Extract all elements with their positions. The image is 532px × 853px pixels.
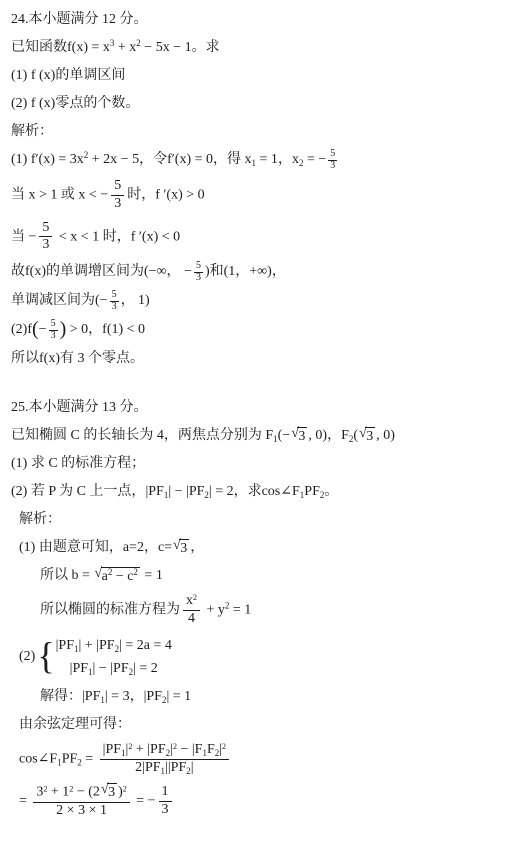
q25-step2: 所以 b = √a2 − c2 = 1 [11, 565, 528, 586]
math-run: , 0) [376, 428, 395, 443]
text-run: 和 [210, 264, 224, 279]
math-run: f(x) [25, 264, 46, 279]
radical-sign-icon: √ [101, 782, 109, 798]
q24-step4: 故f(x)的单调增区间为(−∞， −53)和(1，+∞)， [11, 261, 528, 283]
math-run: x [245, 152, 252, 167]
text-run: 当 [11, 229, 29, 244]
math-run: (−∞， − [144, 264, 192, 279]
system-rows: |PF1| + |PF2| = 2a = 4|PF1| − |PF2| = 2 [56, 635, 172, 679]
math-run: 3 [330, 160, 335, 171]
math-run: f(x) = x [67, 40, 110, 55]
sqrt-radical: √3 [291, 427, 307, 446]
text-run: 的单调增区间为 [46, 264, 144, 279]
math-run: PF [304, 484, 320, 499]
fraction: 53 [328, 149, 337, 171]
text-run: 已知函数 [11, 40, 67, 55]
math-run: f (x) [31, 96, 56, 111]
math-run: 5 [112, 289, 117, 300]
text-run: (1) 求 C 的标准方程； [11, 456, 145, 471]
math-run: 5 [196, 260, 201, 271]
math-run: cos∠F [262, 484, 300, 499]
math-run: 2|PF [135, 760, 160, 775]
fraction: 53 [111, 178, 124, 213]
math-run: x [292, 152, 299, 167]
text-run: (2) 若 P 为 C 上一点， [11, 484, 145, 499]
math-run: |PF [70, 661, 88, 676]
text-run: 24.本小题满分 12 分。 [11, 12, 148, 27]
sup-script: 2 [222, 742, 226, 751]
math-run: | = 2 [133, 661, 158, 676]
text-run: ， [130, 689, 144, 704]
math-run: |PF [144, 689, 162, 704]
math-run: | = 1 [166, 689, 191, 704]
math-run: 3 [298, 429, 305, 444]
math-run: = [19, 794, 30, 809]
math-run: − [29, 229, 37, 244]
math-run: 3 [42, 237, 49, 252]
fraction: |PF1|2 + |PF2|2 − |F1F2|22|PF1||PF2| [100, 742, 229, 777]
text-run: 故 [11, 264, 25, 279]
q25-step5: 解得：|PF1| = 3，|PF2| = 1 [11, 686, 528, 707]
system-row: |PF1| − |PF2| = 2 [70, 658, 158, 679]
math-run: |PF [82, 689, 100, 704]
denominator: 3 [39, 237, 52, 254]
math-run: | = 2a = 4 [119, 638, 172, 653]
text-run: 或 [57, 188, 78, 203]
sup-script: 2 [133, 567, 138, 577]
q25-title: 25.本小题满分 13 分。 [11, 397, 528, 418]
q24-given: 已知函数f(x) = x3 + x2 − 5x − 1。求 [11, 37, 528, 58]
text-run: 单调减区间为 [11, 293, 95, 308]
text-run: ， [278, 152, 292, 167]
q25-step3: 所以椭圆的标准方程为x24 + y2 = 1 [11, 593, 528, 628]
radical-content: a2 − c2 [101, 567, 140, 586]
fraction: x24 [183, 593, 200, 628]
q24-jiexi: 解析： [11, 121, 528, 142]
math-run: 3 [108, 785, 115, 800]
q25-step4: (2){|PF1| + |PF2| = 2a = 4|PF1| − |PF2| … [11, 635, 528, 679]
math-run: x [186, 593, 193, 608]
radical-sign-icon: √ [173, 538, 181, 554]
equation-system: {|PF1| + |PF2| = 2a = 4|PF1| − |PF2| = 2 [37, 635, 172, 679]
text-run: (1) [11, 68, 31, 83]
sqrt-radical: √3 [173, 539, 189, 558]
text-run: 。 [324, 484, 338, 499]
math-run: ( [353, 428, 358, 443]
text-run: 时， [99, 229, 131, 244]
q24-part1: (1) f (x)的单调区间 [11, 65, 528, 86]
math-run: f′(x) = 0 [167, 152, 213, 167]
fraction: 53 [110, 290, 119, 312]
text-run: 所以椭圆的标准方程为 [40, 603, 180, 618]
math-run: 3 [196, 272, 201, 283]
math-run: 5 [330, 148, 335, 159]
math-run: f ′(x) < 0 [131, 229, 180, 244]
text-run: 已知椭圆 C 的长轴长为 4，两焦点分别为 [11, 428, 265, 443]
text-run: 时， [127, 188, 155, 203]
math-run: 5 [42, 220, 49, 235]
math-run: f(x) [39, 351, 60, 366]
math-run: f ′(x) > 0 [155, 188, 204, 203]
math-run: (− [95, 293, 108, 308]
math-run: F [265, 428, 273, 443]
radical-sign-icon: √ [291, 426, 299, 442]
text-run: ， [144, 540, 158, 555]
math-run: 3 [51, 330, 56, 341]
text-run: ， [272, 264, 286, 279]
math-run: + 1 [47, 785, 69, 800]
solution-document: 24.本小题满分 12 分。已知函数f(x) = x3 + x2 − 5x − … [0, 0, 532, 853]
math-run: − 5x − 1 [141, 40, 192, 55]
q25-jiexi: 解析： [11, 509, 528, 530]
text-run: ， [88, 322, 102, 337]
text-run: 当 [11, 188, 29, 203]
sqrt-radical: √3 [359, 427, 375, 446]
math-run: b = [72, 568, 94, 583]
numerator: 1 [159, 784, 172, 802]
math-run: + y [203, 603, 225, 618]
math-run: 4 [188, 611, 195, 626]
math-run: x < − [78, 188, 108, 203]
math-run: = 1 [229, 603, 251, 618]
text-run: 解析： [11, 124, 53, 139]
math-run: − |F [177, 742, 202, 757]
math-run: = 1 [141, 568, 163, 583]
math-run: 3 [112, 301, 117, 312]
text-run: ，求 [234, 484, 262, 499]
q24-step3: 当 −53 < x < 1 时，f ′(x) < 0 [11, 220, 528, 255]
text-run: 解析： [19, 512, 61, 527]
text-run: 25.本小题满分 13 分。 [11, 400, 148, 415]
math-run: | = 3 [105, 689, 130, 704]
denominator: 4 [185, 611, 198, 628]
math-run: + 2x − 5 [88, 152, 139, 167]
math-run: ||PF [165, 760, 186, 775]
text-run: (1) [11, 152, 31, 167]
q24-part2: (2) f (x)零点的个数。 [11, 93, 528, 114]
math-run: |PF [56, 638, 74, 653]
q24-step5: 单调减区间为(−53， 1) [11, 290, 528, 312]
math-run: a=2 [123, 540, 144, 555]
text-run: (2) [11, 322, 27, 337]
denominator: 3 [194, 273, 203, 284]
left-brace-icon: { [37, 641, 54, 673]
text-run: 解得： [40, 689, 82, 704]
text-run: (2) [11, 96, 31, 111]
sup-script: 2 [193, 593, 197, 602]
math-run: F [341, 428, 349, 443]
numerator: 32 + 12 − (2√3)2 [33, 783, 129, 803]
text-run: ，得 [213, 152, 245, 167]
math-run: = − [303, 152, 326, 167]
math-run: 3 [114, 196, 121, 211]
text-run: 由余弦定理可得： [19, 717, 131, 732]
math-run: (1，+∞) [224, 264, 272, 279]
system-row: |PF1| + |PF2| = 2a = 4 [56, 635, 172, 656]
math-run: PF [62, 751, 78, 766]
math-run: > 0 [66, 322, 88, 337]
math-run: + x [114, 40, 136, 55]
text-run: (1) 由题意可知， [19, 540, 123, 555]
denominator: 3 [110, 302, 119, 313]
math-run: f (x) [31, 68, 56, 83]
math-run: f(1) < 0 [102, 322, 145, 337]
math-run: 3 [162, 802, 169, 817]
denominator: 3 [328, 161, 337, 172]
math-run: (− [278, 428, 291, 443]
math-run: 5 [114, 178, 121, 193]
radical-sign-icon: √ [94, 566, 102, 582]
denominator: 3 [159, 802, 172, 819]
math-run: F [207, 742, 215, 757]
text-run: 。求 [192, 40, 220, 55]
denominator: 2 × 3 × 1 [53, 803, 110, 820]
math-run: | [191, 760, 194, 775]
math-run: c= [158, 540, 172, 555]
fraction: 32 + 12 − (2√3)22 × 3 × 1 [33, 783, 129, 819]
q25-step8: = 32 + 12 − (2√3)22 × 3 × 1 = −13 [11, 783, 528, 819]
math-run: | + |PF [78, 638, 114, 653]
math-run: , 0) [308, 428, 327, 443]
q25-step1: (1) 由题意可知，a=2，c=√3， [11, 537, 528, 558]
math-run: x > 1 [29, 188, 58, 203]
q25-step7: cos∠F1PF2 = |PF1|2 + |PF2|2 − |F1F2|22|P… [11, 742, 528, 777]
text-run: 有 3 个零点。 [60, 351, 144, 366]
radical-sign-icon: √ [359, 426, 367, 442]
math-run: | − |PF [168, 484, 204, 499]
denominator: 3 [111, 196, 124, 213]
sqrt-radical: √a2 − c2 [94, 567, 140, 586]
text-run: (2) [19, 649, 35, 664]
math-run: |PF [145, 484, 163, 499]
text-run: ， [190, 540, 204, 555]
q25-given: 已知椭圆 C 的长轴长为 4，两焦点分别为 F1(−√3, 0)，F2(√3, … [11, 425, 528, 446]
q24-step6: (2)f(−53) > 0，f(1) < 0 [11, 319, 528, 341]
text-run: 的单调区间 [55, 68, 125, 83]
math-run: 3 [366, 429, 373, 444]
q24-step2: 当 x > 1 或 x < −53时，f ′(x) > 0 [11, 178, 528, 213]
sup-script: 2 [123, 785, 127, 794]
math-run: |PF [103, 742, 121, 757]
q25-part1: (1) 求 C 的标准方程； [11, 453, 528, 474]
fraction: 53 [39, 220, 52, 255]
q24-title: 24.本小题满分 12 分。 [11, 9, 528, 30]
denominator: 3 [49, 331, 58, 342]
sqrt-radical: √3 [101, 783, 117, 802]
math-run: < x < 1 [55, 229, 99, 244]
q25-step6: 由余弦定理可得： [11, 714, 528, 735]
numerator: 5 [111, 178, 124, 196]
math-run: − (2 [73, 785, 100, 800]
math-run: = [82, 751, 97, 766]
math-run: − c [112, 569, 133, 584]
big-paren: ( [32, 318, 39, 340]
text-run: ，令 [139, 152, 167, 167]
math-run: 1 [162, 784, 169, 799]
math-run: 3 [180, 541, 187, 556]
math-run: − [39, 322, 47, 337]
math-run: 5 [51, 318, 56, 329]
denominator: 2|PF1||PF2| [132, 760, 196, 777]
fraction: 53 [49, 319, 58, 341]
math-run: | − |PF [93, 661, 129, 676]
q24-step7: 所以f(x)有 3 个零点。 [11, 348, 528, 369]
math-run: = 1 [256, 152, 278, 167]
text-run: 所以 [40, 568, 72, 583]
fraction: 53 [194, 261, 203, 283]
numerator: |PF1|2 + |PF2|2 − |F1F2|2 [100, 742, 229, 760]
math-run: | = 2 [209, 484, 234, 499]
numerator: 5 [39, 220, 52, 238]
q25-part2: (2) 若 P 为 C 上一点，|PF1| − |PF2| = 2，求cos∠F… [11, 481, 528, 502]
text-run: ， [327, 428, 341, 443]
text-run: 所以 [11, 351, 39, 366]
fraction: 13 [159, 784, 172, 819]
math-run: cos∠F [19, 751, 57, 766]
math-run: 2 × 3 × 1 [56, 803, 107, 818]
math-run: f′(x) = 3x [31, 152, 84, 167]
q24-step1: (1) f′(x) = 3x2 + 2x − 5，令f′(x) = 0，得 x1… [11, 149, 528, 171]
numerator: x2 [183, 593, 200, 611]
math-run: ， 1) [121, 293, 150, 308]
math-run: = − [133, 794, 156, 809]
math-run: + |PF [132, 742, 165, 757]
text-run: 零点的个数。 [55, 96, 139, 111]
